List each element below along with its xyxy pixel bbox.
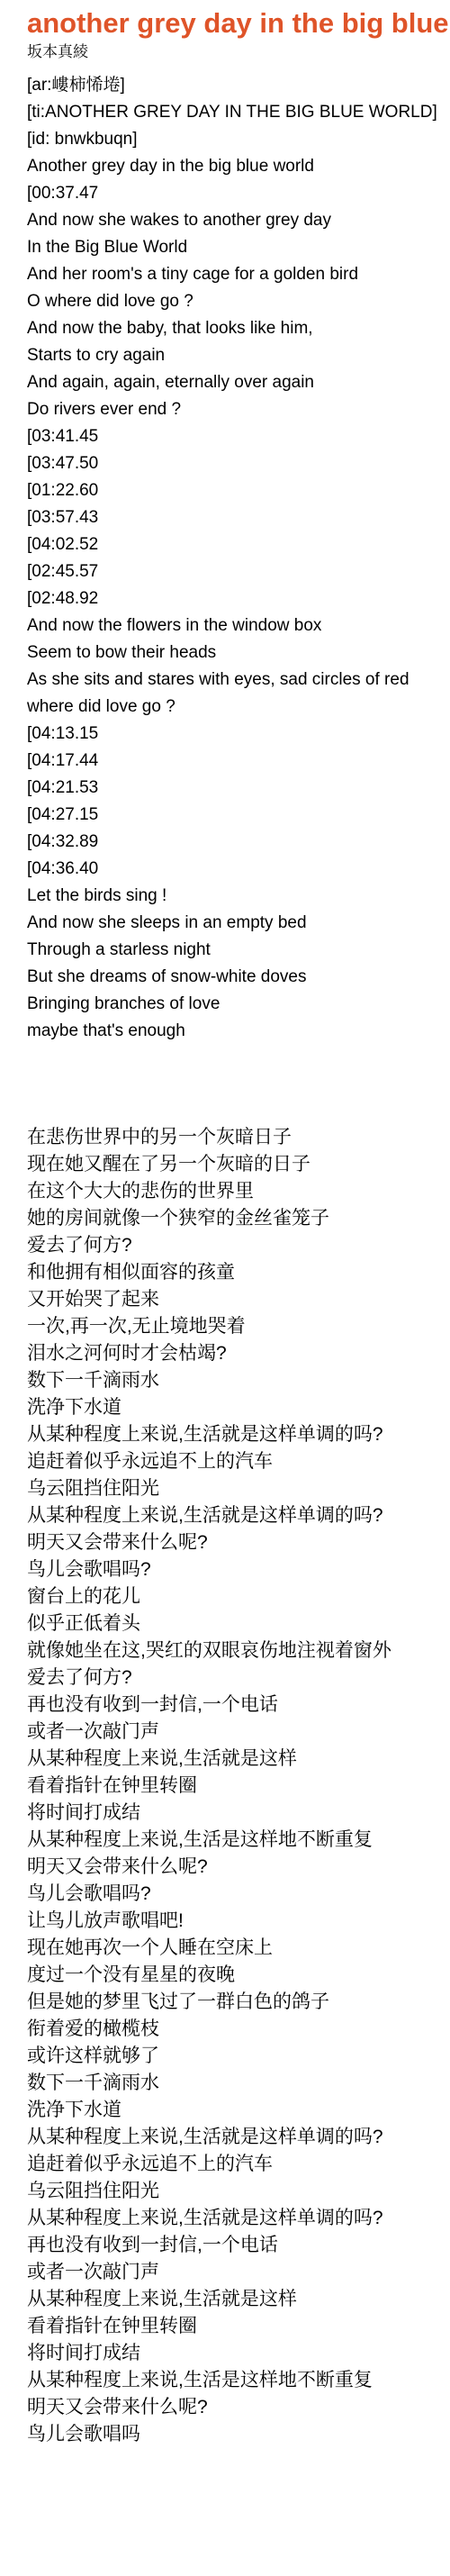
lyric-line: 鸟儿会歌唱吗 <box>27 2421 450 2448</box>
lyric-line: 让鸟儿放声歌唱吧! <box>27 1908 450 1935</box>
lyric-line: 从某种程度上来说,生活就是这样 <box>27 2286 450 2313</box>
lyric-line: [04:17.44 <box>27 748 450 775</box>
lyric-line: 从某种程度上来说,生活就是这样 <box>27 1746 450 1773</box>
lyric-line: 乌云阻挡住阳光 <box>27 2178 450 2205</box>
lyric-line: 乌云阻挡住阳光 <box>27 1475 450 1502</box>
lyric-line: 看着指针在钟里转圈 <box>27 1773 450 1800</box>
lyric-line: Starts to cry again <box>27 342 450 369</box>
lyric-line: 爱去了何方? <box>27 1232 450 1259</box>
lyric-line: 或者一次敲门声 <box>27 2259 450 2286</box>
lyric-line: 从某种程度上来说,生活就是这样单调的吗? <box>27 1421 450 1448</box>
lyric-line: 洗净下水道 <box>27 2097 450 2124</box>
lyric-line: [00:37.47 <box>27 180 450 207</box>
lyric-line: 明天又会带来什么呢? <box>27 2394 450 2421</box>
lyric-line: 数下一千滴雨水 <box>27 2070 450 2097</box>
lyric-line: [ti:ANOTHER GREY DAY IN THE BIG BLUE WOR… <box>27 99 450 126</box>
lyric-line: 从某种程度上来说,生活是这样地不断重复 <box>27 1827 450 1854</box>
lyric-line: 从某种程度上来说,生活是这样地不断重复 <box>27 2367 450 2394</box>
lyric-line: 从某种程度上来说,生活就是这样单调的吗? <box>27 2124 450 2151</box>
lyric-line: 将时间打成结 <box>27 1800 450 1827</box>
lyric-line: 鸟儿会歌唱吗? <box>27 1556 450 1583</box>
lyric-line: [04:13.15 <box>27 721 450 748</box>
lyric-line: 在这个大大的悲伤的世界里 <box>27 1178 450 1205</box>
lyric-line: 一次,再一次,无止境地哭着 <box>27 1313 450 1340</box>
lyric-line: Bringing branches of love <box>27 991 450 1018</box>
lyric-line: [ar:嶁柿悕埢] <box>27 72 450 99</box>
lyric-line: 明天又会带来什么呢? <box>27 1854 450 1881</box>
lyric-line: And her room's a tiny cage for a golden … <box>27 261 450 288</box>
lyric-line: [03:57.43 <box>27 504 450 531</box>
lyric-line: 度过一个没有星星的夜晚 <box>27 1962 450 1989</box>
lyric-line: And again, again, eternally over again <box>27 369 450 396</box>
lyric-line: [02:48.92 <box>27 585 450 612</box>
lyric-line: 和他拥有相似面容的孩童 <box>27 1259 450 1286</box>
lyric-line: 将时间打成结 <box>27 2340 450 2367</box>
lyric-line: Do rivers ever end ? <box>27 396 450 423</box>
artist-name: 坂本真綾 <box>27 41 450 63</box>
lyric-line: Through a starless night <box>27 937 450 964</box>
lyric-line: 看着指针在钟里转圈 <box>27 2313 450 2340</box>
lyric-line: 或者一次敲门声 <box>27 1719 450 1746</box>
lyric-line: 衔着爱的橄榄枝 <box>27 2016 450 2043</box>
lyric-line: [04:27.15 <box>27 802 450 829</box>
lyric-line: 明天又会带来什么呢? <box>27 1529 450 1556</box>
lyric-line: maybe that's enough <box>27 1018 450 1045</box>
lyric-line: Seem to bow their heads <box>27 639 450 667</box>
lyric-line: 泪水之河何时才会枯竭? <box>27 1340 450 1367</box>
lyric-line: [02:45.57 <box>27 558 450 585</box>
lyric-line: [04:21.53 <box>27 775 450 802</box>
lyric-line: 在悲伤世界中的另一个灰暗日子 <box>27 1124 450 1151</box>
lyric-line: 或许这样就够了 <box>27 2043 450 2070</box>
lyric-line: As she sits and stares with eyes, sad ci… <box>27 667 450 694</box>
lyrics-page: another grey day in the big blue world 坂… <box>0 0 450 2448</box>
lyric-line: [04:32.89 <box>27 829 450 856</box>
lyric-line: 爱去了何方? <box>27 1664 450 1692</box>
lyric-line: 再也没有收到一封信,一个电话 <box>27 1692 450 1719</box>
lyric-line: 追赶着似乎永远追不上的汽车 <box>27 1448 450 1475</box>
lyric-line: 再也没有收到一封信,一个电话 <box>27 2232 450 2259</box>
lyric-line: 窗台上的花儿 <box>27 1583 450 1610</box>
lyric-line: 现在她又醒在了另一个灰暗的日子 <box>27 1151 450 1178</box>
lyric-line: 她的房间就像一个狭窄的金丝雀笼子 <box>27 1205 450 1232</box>
lyric-line: [03:41.45 <box>27 423 450 450</box>
lyric-line: Another grey day in the big blue world <box>27 153 450 180</box>
lyric-line: 似乎正低着头 <box>27 1610 450 1637</box>
lyric-line: 从某种程度上来说,生活就是这样单调的吗? <box>27 2205 450 2232</box>
lyric-line: 从某种程度上来说,生活就是这样单调的吗? <box>27 1502 450 1529</box>
lyric-line: And now she sleeps in an empty bed <box>27 910 450 937</box>
lyric-line: [04:02.52 <box>27 531 450 558</box>
lyric-line: 鸟儿会歌唱吗? <box>27 1881 450 1908</box>
lyric-line: Let the birds sing ! <box>27 883 450 910</box>
lyric-line: 追赶着似乎永远追不上的汽车 <box>27 2151 450 2178</box>
lyric-line: [id: bnwkbuqn] <box>27 126 450 153</box>
lyric-line: And now she wakes to another grey day <box>27 207 450 234</box>
lyric-line: 又开始哭了起来 <box>27 1286 450 1313</box>
lyrics-chinese-block: 在悲伤世界中的另一个灰暗日子现在她又醒在了另一个灰暗的日子在这个大大的悲伤的世界… <box>27 1124 450 2448</box>
lyric-line: 现在她再次一个人睡在空床上 <box>27 1935 450 1962</box>
lyric-line: In the Big Blue World <box>27 234 450 261</box>
lyrics-english-block: [ar:嶁柿悕埢][ti:ANOTHER GREY DAY IN THE BIG… <box>27 72 450 1045</box>
lyric-line: And now the flowers in the window box <box>27 612 450 639</box>
lyric-line: But she dreams of snow-white doves <box>27 964 450 991</box>
lyric-line: [03:47.50 <box>27 450 450 477</box>
lyric-line: 数下一千滴雨水 <box>27 1367 450 1394</box>
page-title: another grey day in the big blue world <box>27 5 450 41</box>
lyric-line: 但是她的梦里飞过了一群白色的鸽子 <box>27 1989 450 2016</box>
lyric-line: [04:36.40 <box>27 856 450 883</box>
lyric-line: where did love go ? <box>27 694 450 721</box>
lyric-line: 就像她坐在这,哭红的双眼哀伤地注视着窗外 <box>27 1637 450 1664</box>
lyric-line: 洗净下水道 <box>27 1394 450 1421</box>
lyric-line: And now the baby, that looks like him, <box>27 315 450 342</box>
lyric-line: O where did love go ? <box>27 288 450 315</box>
lyric-line: [01:22.60 <box>27 477 450 504</box>
